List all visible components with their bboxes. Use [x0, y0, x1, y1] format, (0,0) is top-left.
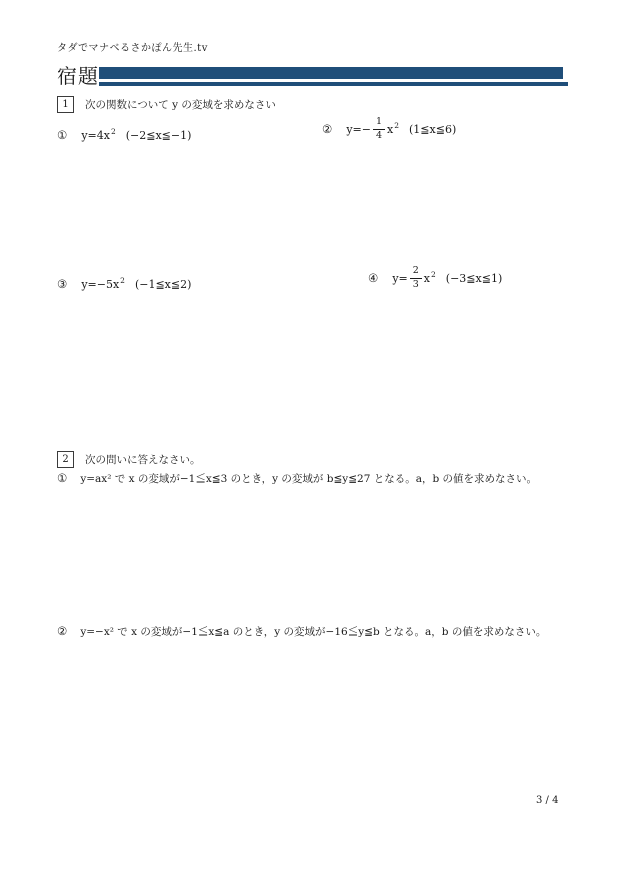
item-label: ③ — [57, 277, 67, 291]
problem2-instruction: 次の問いに答えなさい。 — [85, 452, 201, 467]
problem1-item-1: ① y=4x2 (−2≦x≦−1) — [57, 128, 191, 142]
item-label: ① — [57, 128, 67, 142]
equation-domain: (−2≦x≦−1) — [126, 129, 192, 142]
problem2-number-box: 2 — [57, 451, 74, 468]
formula-base: y=−5x — [81, 278, 119, 291]
problem1-instruction: 次の関数について y の変域を求めなさい — [85, 97, 276, 112]
formula-base: y= — [392, 272, 407, 285]
page-title: 宿題 — [57, 60, 99, 89]
fraction-numerator: 1 — [373, 117, 385, 129]
problem1-heading: 1 次の関数について y の変域を求めなさい — [57, 96, 276, 113]
equation-domain: (−3≦x≦1) — [446, 272, 502, 285]
equation-domain: (−1≦x≦2) — [135, 278, 191, 291]
worksheet-page: タダでマナベるさかぽん先生.tv 宿題 1 次の関数について y の変域を求めな… — [0, 0, 620, 877]
problem2-heading: 2 次の問いに答えなさい。 — [57, 451, 201, 468]
title-bar-thick — [99, 67, 563, 79]
problem2-item-1: ① y=ax² で x の変域が−1≦x≦3 のとき，y の変域が b≦y≦27… — [57, 472, 537, 487]
formula-exponent: 2 — [431, 270, 436, 279]
fraction-denominator: 3 — [410, 278, 422, 291]
fraction-numerator: 2 — [410, 266, 422, 278]
formula-base: y=4x — [81, 129, 110, 142]
formula-variable: x — [387, 123, 393, 136]
item-label: ② — [322, 122, 332, 136]
fraction-denominator: 4 — [373, 129, 385, 142]
site-name: タダでマナベるさかぽん先生.tv — [57, 39, 208, 54]
problem2-item-2: ② y=−x² で x の変域が−1≦x≦a のとき，y の変域が−16≦y≦b… — [57, 625, 546, 640]
question-text: y=−x² で x の変域が−1≦x≦a のとき，y の変域が−16≦y≦b と… — [80, 625, 546, 640]
formula-exponent: 2 — [111, 127, 116, 136]
fraction: 23 — [410, 266, 422, 291]
problem1-item-2: ② y=−14x2 (1≦x≦6) — [322, 117, 456, 142]
title-bar-thin — [99, 82, 568, 86]
item-label: ① — [57, 472, 67, 486]
page-number: 3 / 4 — [536, 795, 558, 806]
formula-variable: x — [424, 272, 430, 285]
equation-formula: y=−14x2 — [346, 117, 398, 142]
item-label: ② — [57, 625, 67, 639]
question-text: y=ax² で x の変域が−1≦x≦3 のとき，y の変域が b≦y≦27 と… — [80, 472, 537, 487]
formula-exponent: 2 — [120, 276, 125, 285]
equation-formula: y=23x2 — [392, 266, 434, 291]
problem1-number-box: 1 — [57, 96, 74, 113]
equation-formula: y=4x2 — [81, 129, 114, 142]
formula-exponent: 2 — [394, 121, 399, 130]
problem1-item-4: ④ y=23x2 (−3≦x≦1) — [368, 266, 502, 291]
formula-base: y=− — [346, 123, 371, 136]
fraction: 14 — [373, 117, 385, 142]
equation-formula: y=−5x2 — [81, 278, 124, 291]
item-label: ④ — [368, 271, 378, 285]
equation-domain: (1≦x≦6) — [409, 123, 456, 136]
problem1-item-3: ③ y=−5x2 (−1≦x≦2) — [57, 277, 191, 291]
